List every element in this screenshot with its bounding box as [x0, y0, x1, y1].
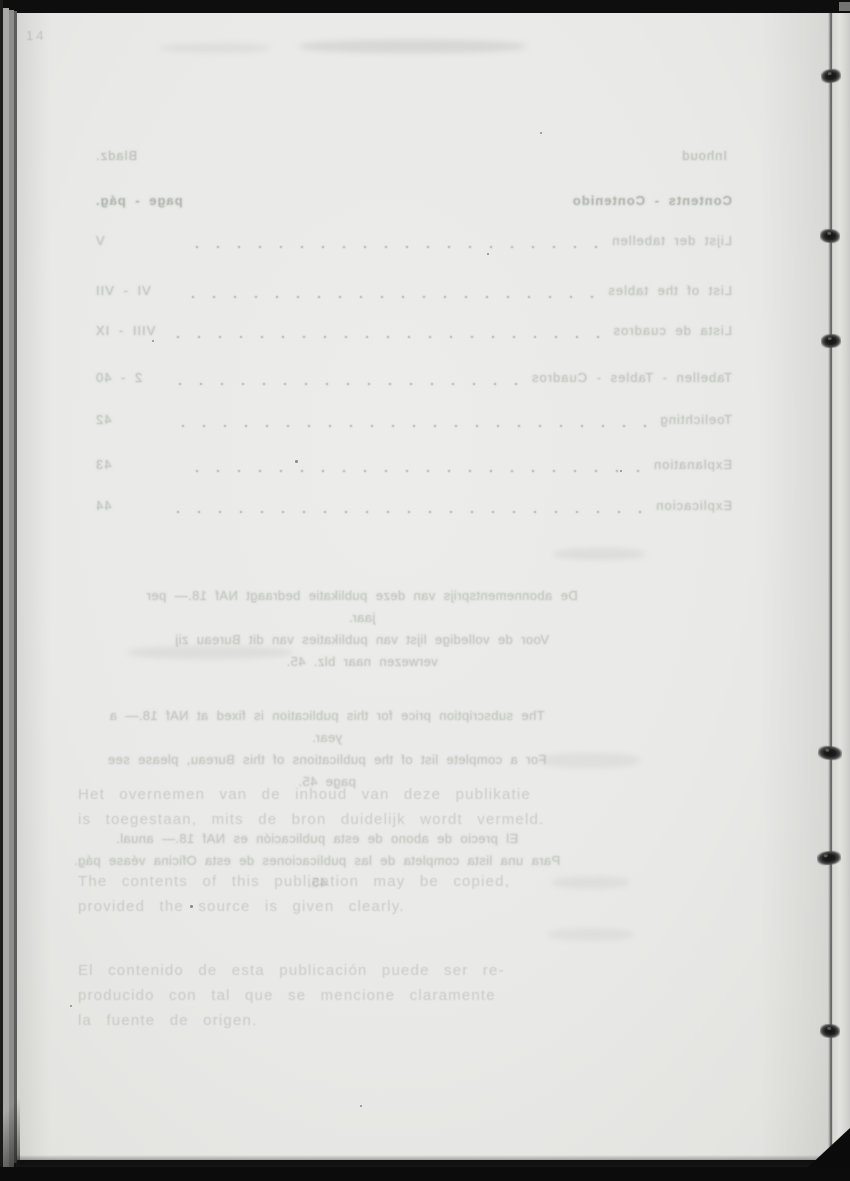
dust-speck — [487, 253, 489, 255]
toc-row-page: VI - VII — [95, 283, 167, 299]
toc-row-label: Explanation — [653, 457, 732, 473]
toc-row-page: V — [95, 233, 167, 249]
toc-row: Tabellen - Tables - Cuadros 2 - 40 — [85, 370, 747, 388]
toc-header-row-dutch: Inhoud Bladz. — [85, 148, 747, 166]
cover-edge-line — [14, 11, 17, 1163]
toc-row: Lijst der tabellen V — [85, 233, 747, 251]
dust-speck — [620, 470, 622, 472]
toc-row-page: 43 — [95, 457, 167, 473]
toc-row: Toelichting 42 — [85, 412, 747, 430]
toc-row-page: 2 - 40 — [95, 370, 167, 386]
ghost-smudge — [552, 876, 630, 889]
price-note-english: The subscription price for this publicat… — [99, 705, 555, 793]
copy-note-line: provided the source is given clearly. — [78, 894, 548, 919]
toc-row-label: Tabellen - Tables - Cuadros — [531, 370, 732, 386]
dust-speck — [190, 905, 193, 908]
ghost-smudge — [553, 548, 645, 560]
toc-header-row-intl: Contents - Contenido page - pág. — [85, 193, 747, 211]
price-note-line: The subscription price for this publicat… — [99, 705, 555, 749]
toc-row-label: Toelichting — [660, 412, 732, 428]
toc-title-dutch: Inhoud — [681, 148, 732, 164]
scan-border-notch — [839, 2, 850, 11]
toc-leader-dots — [177, 470, 639, 472]
copy-note-dutch: Het overnemen van de inhoud van deze pub… — [78, 782, 548, 832]
page-bottom-shadow — [16, 1155, 850, 1167]
toc-row-label: Lijst der tabellen — [611, 233, 732, 249]
toc-leader-dots — [177, 425, 646, 427]
binding-stitch — [820, 68, 842, 85]
toc-row: List of the tables VI - VII — [85, 283, 747, 301]
toc-pages-label-dutch: Bladz. — [95, 148, 167, 164]
dust-speck — [540, 132, 542, 134]
price-note-dutch: De abonnementsprijs van deze publikatie … — [146, 585, 578, 673]
toc-row-page: VIII - IX — [95, 323, 167, 339]
toc-row-label: List of the tables — [607, 283, 732, 299]
scan-border-top — [0, 0, 850, 13]
toc-row-label: Explicacion — [655, 498, 732, 514]
binding-stitch — [821, 333, 842, 348]
copy-note-line: Het overnemen van de inhoud van deze pub… — [78, 782, 548, 807]
toc-row: Explanation 43 — [85, 457, 747, 475]
toc-leader-dots — [177, 383, 517, 385]
dust-speck — [295, 460, 298, 463]
showthrough-contents-page: Inhoud Bladz. Contents - Contenido page … — [85, 143, 747, 883]
ghost-smudge — [300, 40, 525, 53]
toc-leader-dots — [177, 296, 593, 298]
page-edge-right — [833, 13, 850, 1160]
binding-stitch — [816, 850, 841, 866]
copy-note-line: El contenido de esta publicación puede s… — [78, 958, 548, 983]
copy-note-line: producido con tal que se mencione claram… — [78, 983, 548, 1008]
dust-speck — [152, 340, 154, 342]
dust-speck — [70, 1005, 72, 1007]
toc-leader-dots — [177, 511, 641, 513]
ghost-page-number: 14 — [26, 28, 46, 43]
ghost-smudge — [128, 646, 293, 659]
gutter-shadow — [760, 13, 830, 1160]
copy-note-line: is toegestaan, mits de bron duidelijk wo… — [78, 807, 548, 832]
price-note-line: De abonnementsprijs van deze publikatie … — [146, 585, 578, 629]
toc-leader-dots — [177, 246, 597, 248]
binding-stitch — [820, 1023, 841, 1038]
toc-leader-dots — [177, 336, 599, 338]
copy-note-line: la fuente de origen. — [78, 1008, 548, 1033]
copy-note-line: The contents of this publication may be … — [78, 869, 548, 894]
toc-pages-label-intl: page - pág. — [95, 193, 183, 209]
copy-note-spanish: El contenido de esta publicación puede s… — [78, 958, 548, 1033]
toc-row-page: 44 — [95, 498, 167, 514]
binding-stitch — [819, 228, 840, 244]
toc-title-intl: Contents - Contenido — [572, 193, 732, 209]
ghost-smudge — [548, 928, 633, 941]
dust-speck — [360, 1105, 362, 1107]
copy-note-english: The contents of this publication may be … — [78, 869, 548, 919]
scanned-book-page: 14 Inhoud Bladz. Contents - Contenido pa… — [0, 0, 850, 1181]
toc-row-label: Lista de cuadros — [613, 323, 732, 339]
toc-row: Lista de cuadros VIII - IX — [85, 323, 747, 341]
scan-border-bottom — [0, 1167, 850, 1181]
ghost-smudge — [540, 753, 640, 768]
ghost-smudge — [160, 43, 270, 53]
binding-stitch — [817, 745, 842, 761]
toc-row: Explicacion 44 — [85, 498, 747, 516]
toc-row-page: 42 — [95, 412, 167, 428]
page-left-curvature-shade — [16, 13, 50, 1160]
binding-thread — [831, 13, 832, 1160]
